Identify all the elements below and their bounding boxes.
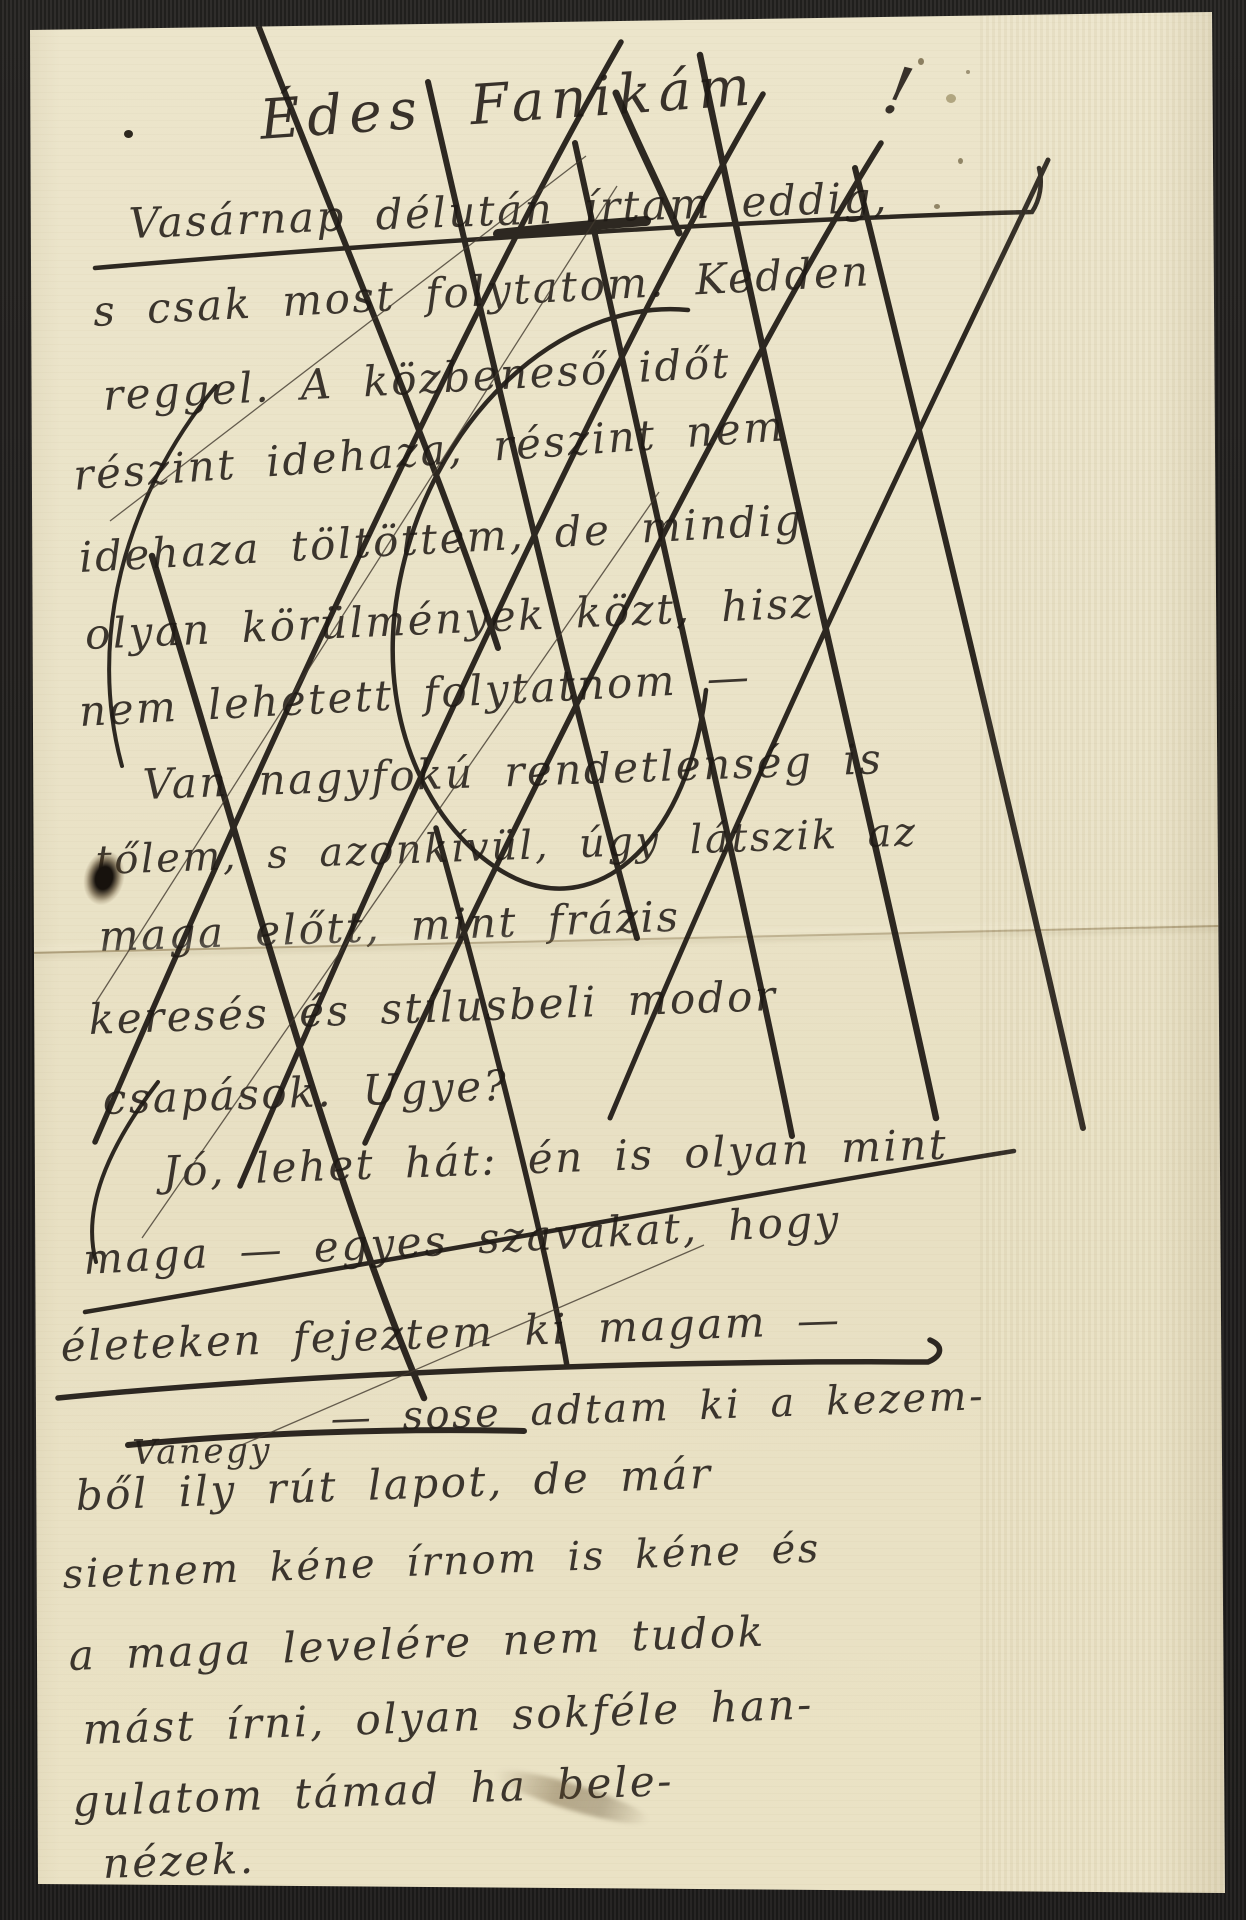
handwritten-line: mást írni, olyan sokféle han-: [82, 1682, 814, 1752]
paper-speck: [966, 70, 970, 74]
handwritten-line: reggel. A közbeneső időt: [102, 341, 732, 418]
handwritten-line: Vasárnap délután írtam eddig,: [128, 175, 890, 246]
handwritten-line: Van nagyfokú rendetlenség is: [142, 737, 884, 807]
crossout-stroke: [855, 168, 1083, 1128]
handwritten-line: maga — egyes szavakat, hogy: [82, 1198, 842, 1282]
greeting-line: Édes Fanikám: [258, 57, 759, 149]
handwritten-line: Jó, lehet hát: én is olyan mint: [162, 1123, 949, 1194]
handwritten-line: tőlem, s azonkívül, úgy látszik az: [95, 811, 918, 882]
handwritten-line: s csak most folytatom. Kedden: [92, 249, 872, 334]
letter-paper: Édes Fanikám ! Vasárnap délután írtam ed…: [0, 0, 1246, 1920]
handwritten-line: sietnem kéne írnom is kéne és: [62, 1528, 821, 1596]
paper-speck: [934, 204, 940, 209]
handwritten-line: idehaza töltöttem, de mindig: [78, 498, 805, 580]
handwritten-line: nézek.: [102, 1837, 256, 1886]
scanned-letter-photo: { "document": { "greeting": "Édes Faniká…: [0, 0, 1246, 1920]
exclamation-mark: !: [877, 55, 921, 129]
paper-speck: [918, 58, 924, 65]
handwritten-line: csapások. Ugye?: [102, 1064, 509, 1122]
scan-streaks: [980, 0, 1225, 1920]
handwritten-line: a maga levelére nem tudok: [68, 1610, 766, 1678]
handwritten-line: részint idehaza, részint nem: [72, 404, 787, 498]
handwritten-line: nem lehetett folytatnom —: [78, 655, 752, 734]
paper-speck: [958, 158, 963, 164]
handwritten-line: olyan körülmények közt, hisz: [84, 581, 816, 657]
handwritten-line: — sose adtam ki a kezem-: [330, 1375, 986, 1440]
handwritten-line: keresés és stílusbeli modor: [88, 974, 778, 1042]
handwritten-line: életeken fejeztem ki magam —: [60, 1298, 842, 1369]
paper-speck: [124, 130, 133, 138]
paper-speck: [946, 94, 956, 103]
